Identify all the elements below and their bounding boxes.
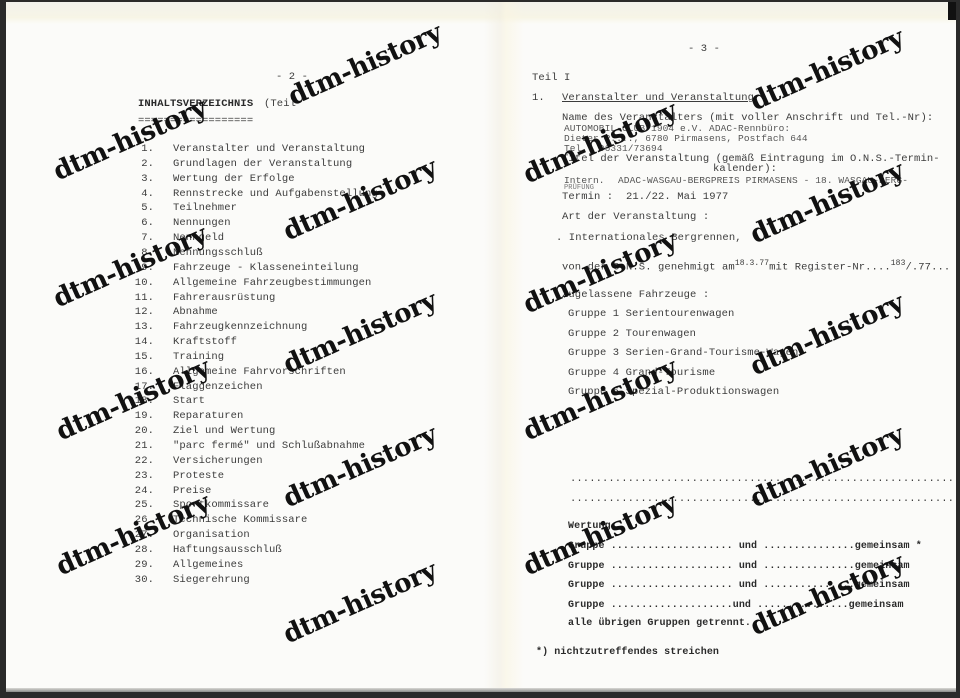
wertung-row: Gruppe .................... und ........… bbox=[568, 542, 922, 552]
toc-item-number: 1. bbox=[134, 144, 154, 155]
toc-item-number: 29. bbox=[134, 560, 154, 571]
toc-item-number: 14. bbox=[134, 337, 154, 348]
toc-item-number: 15. bbox=[134, 352, 154, 363]
toc-item-title: Fahrzeuge - Klasseneinteilung bbox=[173, 263, 359, 274]
toc-item-title: Versicherungen bbox=[173, 456, 263, 467]
toc-item-title: Haftungsausschluß bbox=[173, 545, 282, 556]
vehicles-label: Zugelassene Fahrzeuge : bbox=[562, 290, 709, 301]
toc-item-title: Allgemeines bbox=[173, 560, 243, 571]
toc-heading-suffix: (Teil bbox=[264, 99, 296, 110]
toc-item-title: Start bbox=[173, 396, 205, 407]
event-title-label-2: kalender): bbox=[713, 164, 777, 175]
left-page-number: - 2 - bbox=[276, 72, 308, 83]
toc-item-number: 9. bbox=[134, 263, 154, 274]
toc-item-title: Abnahme bbox=[173, 307, 218, 318]
toc-item-number: 16. bbox=[134, 367, 154, 378]
termin-label: Termin : bbox=[562, 192, 613, 203]
watermark-text: dtm-history bbox=[284, 18, 447, 112]
toc-item-title: Nennungsschluß bbox=[173, 248, 263, 259]
toc-item-title: Nennungen bbox=[173, 218, 231, 229]
toc-item-number: 13. bbox=[134, 322, 154, 333]
approval-register: 183 bbox=[891, 259, 906, 268]
dotted-line-2: ........................................… bbox=[570, 494, 956, 505]
toc-item-number: 20. bbox=[134, 426, 154, 437]
toc-item-number: 18. bbox=[134, 396, 154, 407]
scan-top-shadow bbox=[6, 2, 956, 24]
event-type-label: Art der Veranstaltung : bbox=[562, 212, 709, 223]
termin-value: 21./22. Mai 1977 bbox=[626, 192, 728, 203]
approval-line: von der O.N.S. genehmigt am18.3.77mit Re… bbox=[562, 260, 950, 273]
footnote: *) nichtzutreffendes streichen bbox=[536, 648, 719, 658]
approval-suffix: /.77... bbox=[905, 262, 950, 274]
toc-item-number: 4. bbox=[134, 189, 154, 200]
toc-item-title: Siegerehrung bbox=[173, 575, 250, 586]
approval-prefix: von der O.N.S. genehmigt am bbox=[562, 262, 735, 274]
part-heading: Teil I bbox=[532, 73, 570, 84]
section-number: 1. bbox=[532, 93, 545, 104]
dotted-line-1: ........................................… bbox=[570, 474, 956, 485]
toc-item-title: Flaggenzeichen bbox=[173, 382, 263, 393]
group-item: Gruppe 3 Serien-Grand-Tourisme-Wagen bbox=[568, 348, 798, 359]
toc-item-number: 19. bbox=[134, 411, 154, 422]
toc-item-number: 27. bbox=[134, 530, 154, 541]
group-item: Gruppe 2 Tourenwagen bbox=[568, 329, 696, 340]
page-fold bbox=[484, 2, 524, 692]
toc-heading: INHALTSVERZEICHNIS bbox=[138, 99, 253, 110]
toc-item-title: Allgemeine Fahrzeugbestimmungen bbox=[173, 278, 371, 289]
scan-bottom-edge bbox=[6, 688, 956, 692]
toc-item-number: 17. bbox=[134, 382, 154, 393]
watermark-text: dtm-history bbox=[279, 556, 442, 650]
scanned-document: - 2 - INHALTSVERZEICHNIS (Teil =========… bbox=[6, 2, 956, 692]
toc-item-title: Rennstrecke und Aufgabenstellung bbox=[173, 189, 378, 200]
toc-item-title: Proteste bbox=[173, 471, 224, 482]
toc-item-title: Grundlagen der Veranstaltung bbox=[173, 159, 352, 170]
toc-item-title: Kraftstoff bbox=[173, 337, 237, 348]
wertung-row: Gruppe .................... und ........… bbox=[568, 562, 910, 572]
toc-item-title: Veranstalter und Veranstaltung bbox=[173, 144, 365, 155]
toc-item-number: 7. bbox=[134, 233, 154, 244]
toc-item-number: 26. bbox=[134, 515, 154, 526]
toc-item-number: 10. bbox=[134, 278, 154, 289]
toc-item-title: Sportkommissare bbox=[173, 500, 269, 511]
toc-item-title: Nenngeld bbox=[173, 233, 224, 244]
approval-mid: mit Register-Nr.... bbox=[769, 262, 891, 274]
watermark-text: dtm-history bbox=[279, 420, 442, 514]
toc-item-title: Allgemeine Fahrvorschriften bbox=[173, 367, 346, 378]
toc-item-title: "parc fermé" und Schlußabnahme bbox=[173, 441, 365, 452]
scan-corner bbox=[948, 2, 956, 20]
approval-date: 18.3.77 bbox=[735, 259, 769, 268]
wertung-row: Gruppe .................... und ........… bbox=[568, 581, 910, 591]
toc-item-number: 21. bbox=[134, 441, 154, 452]
toc-item-title: Fahrzeugkennzeichnung bbox=[173, 322, 307, 333]
watermark-text: dtm-history bbox=[746, 23, 909, 117]
section-title: Veranstalter und Veranstaltung bbox=[562, 93, 754, 104]
group-item: Gruppe 5 Spezial-Produktionswagen bbox=[568, 387, 779, 398]
wertung-rest: alle übrigen Gruppen getrennt. bbox=[568, 619, 751, 629]
toc-item-number: 28. bbox=[134, 545, 154, 556]
toc-item-title: Preise bbox=[173, 486, 211, 497]
toc-item-title: Fahrerausrüstung bbox=[173, 293, 275, 304]
toc-heading-underline: ================== bbox=[138, 116, 253, 127]
toc-item-number: 8. bbox=[134, 248, 154, 259]
toc-item-number: 11. bbox=[134, 293, 154, 304]
toc-item-number: 22. bbox=[134, 456, 154, 467]
toc-item-number: 5. bbox=[134, 203, 154, 214]
toc-item-number: 23. bbox=[134, 471, 154, 482]
toc-item-title: Teilnehmer bbox=[173, 203, 237, 214]
toc-item-number: 6. bbox=[134, 218, 154, 229]
toc-item-number: 2. bbox=[134, 159, 154, 170]
toc-item-title: Technische Kommissare bbox=[173, 515, 307, 526]
toc-item-title: Ziel und Wertung bbox=[173, 426, 275, 437]
wertung-label: Wertung bbox=[568, 522, 611, 532]
organizer-label: Name des Veranstalters (mit voller Ansch… bbox=[562, 113, 933, 124]
watermark-text: dtm-history bbox=[746, 288, 909, 382]
wertung-row: Gruppe ....................und .........… bbox=[568, 601, 904, 611]
toc-item-title: Training bbox=[173, 352, 224, 363]
right-page-number: - 3 - bbox=[688, 44, 720, 55]
event-title-value: ADAC-WASGAU-BERGPREIS PIRMASENS - 18. WA… bbox=[618, 176, 908, 186]
group-item: Gruppe 4 Grand-Tourisme bbox=[568, 368, 715, 379]
toc-item-number: 25. bbox=[134, 500, 154, 511]
toc-item-number: 30. bbox=[134, 575, 154, 586]
toc-item-title: Wertung der Erfolge bbox=[173, 174, 295, 185]
toc-item-number: 12. bbox=[134, 307, 154, 318]
group-item: Gruppe 1 Serientourenwagen bbox=[568, 309, 734, 320]
toc-item-number: 3. bbox=[134, 174, 154, 185]
toc-item-title: Reparaturen bbox=[173, 411, 243, 422]
toc-item-title: Organisation bbox=[173, 530, 250, 541]
event-type-value: . Internationales Bergrennen, bbox=[556, 233, 742, 244]
toc-item-number: 24. bbox=[134, 486, 154, 497]
